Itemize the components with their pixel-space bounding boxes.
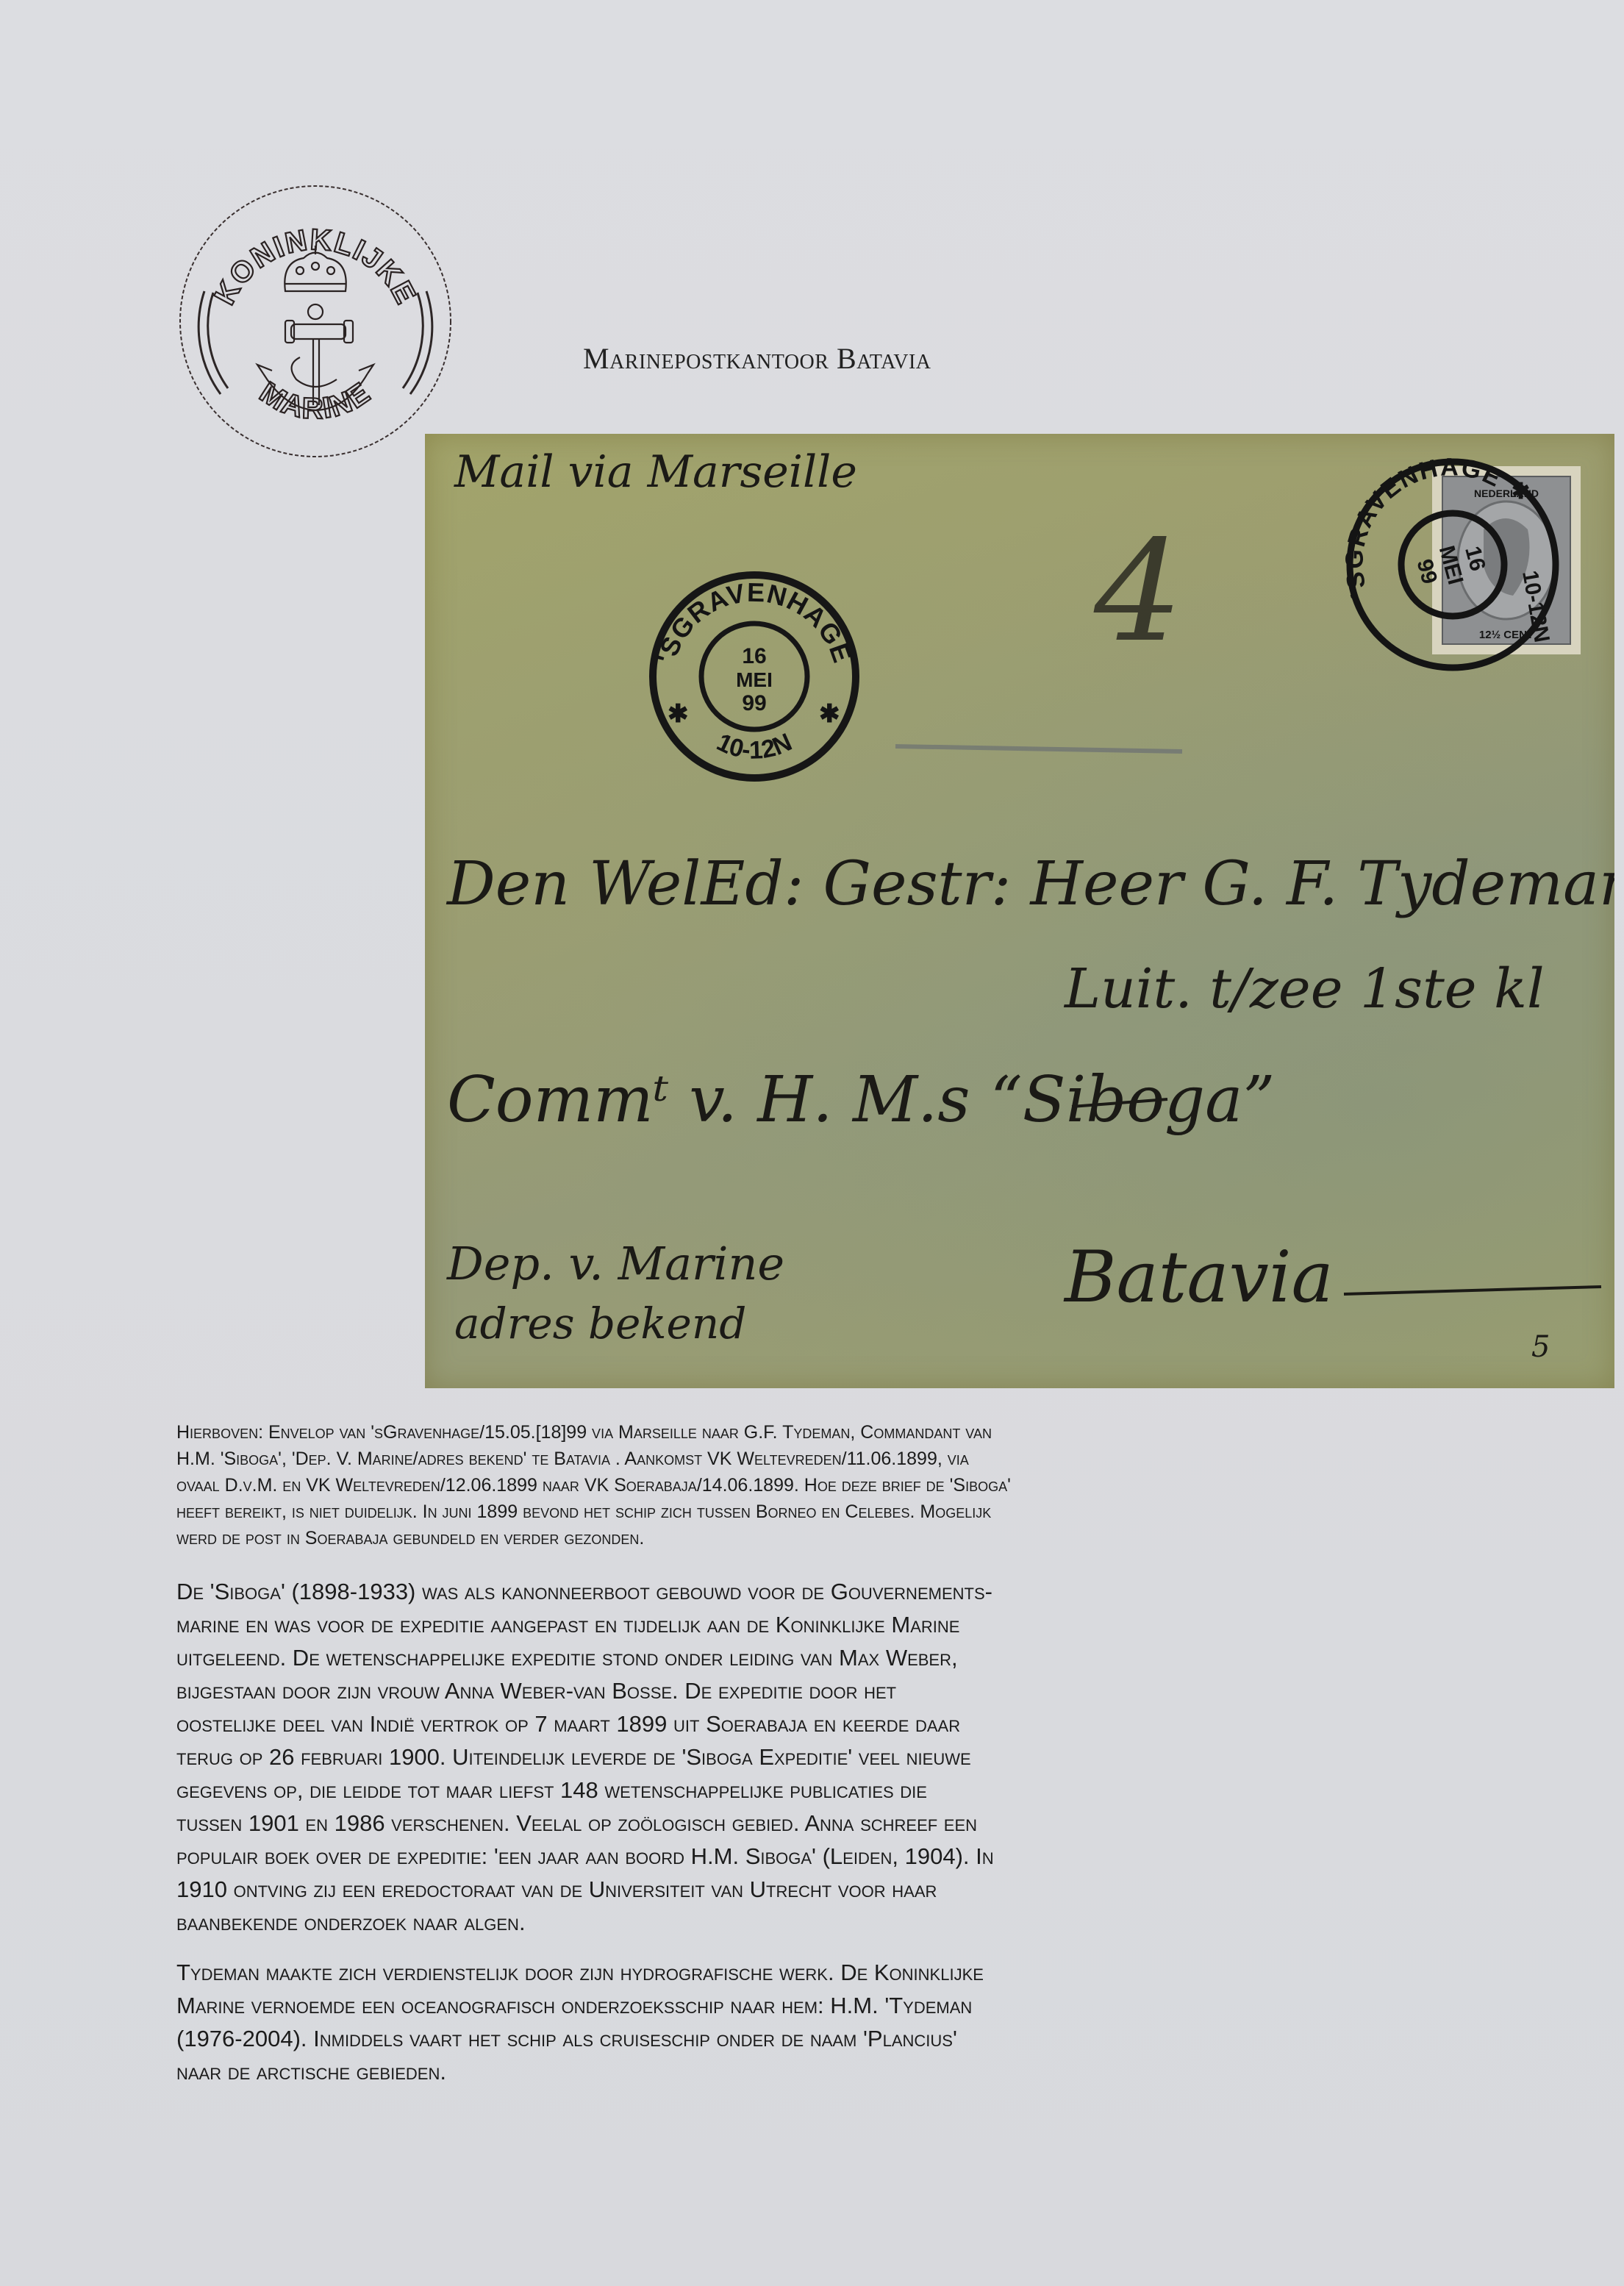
corner-pencil-mark: 5 [1531, 1330, 1550, 1364]
svg-text:10-12N: 10-12N [712, 728, 796, 765]
address-line-4: Batavia [1063, 1236, 1334, 1318]
postmark-left: 'SGRAVENHAGE 10-12N 16 MEI 99 ✱ ✱ [651, 575, 858, 778]
address-line-1: Den WelEd: Gestr: Heer G. F. Tydeman [446, 849, 1614, 919]
envelope-cover: NEDERLAND 12½ CENT 'SGRAVENHAGE 16 MEI 9… [425, 434, 1614, 1388]
siboga-history-paragraph: De 'Siboga' (1898-1933) was als kanonnee… [176, 1575, 1456, 1939]
svg-text:16: 16 [742, 644, 766, 668]
paragraph-line: De 'Siboga' (1898-1933) was als kanonnee… [176, 1575, 1456, 1608]
paragraph-line: Tydeman maakte zich verdienstelijk door … [176, 1956, 1456, 1989]
paragraph-line: gegevens op, die leidde tot maar liefst … [176, 1774, 1456, 1807]
blue-crayon-mark: 4 [1093, 510, 1183, 673]
caption-line: heeft bereikt, is niet duidelijk. In jun… [176, 1499, 1456, 1525]
paragraph-line: uitgeleend. De wetenschappelijke expedit… [176, 1641, 1456, 1674]
paragraph-line: tussen 1901 en 1986 verschenen. Veelal o… [176, 1807, 1456, 1840]
crowned-anchor-icon: KONINKLIJKE MARINE [175, 181, 456, 462]
routing-instruction: Mail via Marseille [454, 446, 857, 498]
caption-line: ovaal D.v.M. en VK Weltevreden/12.06.189… [176, 1472, 1456, 1499]
paragraph-line: populair boek over de expeditie: 'een ja… [176, 1840, 1456, 1873]
koninklijke-marine-seal: KONINKLIJKE MARINE [175, 181, 456, 462]
paragraph-line: naar de arctische gebieden. [176, 2055, 1456, 2088]
paragraph-line: 1910 ontving zij een eredoctoraat van de… [176, 1873, 1456, 1906]
address-line-2: Luit. t/zee 1ste kl [1063, 957, 1545, 1021]
envelope-caption: Hierboven: Envelop van 'sGravenhage/15.0… [176, 1419, 1456, 1551]
paragraph-line: baanbekende onderzoek naar algen. [176, 1906, 1456, 1939]
paragraph-line: terug op 26 februari 1900. Uiteindelijk … [176, 1740, 1456, 1774]
department-note-line-2: adres bekend [454, 1299, 746, 1349]
caption-line: Hierboven: Envelop van 'sGravenhage/15.0… [176, 1419, 1456, 1446]
svg-text:99: 99 [742, 691, 766, 715]
page-title: Marinepostkantoor Batavia [583, 341, 931, 376]
paragraph-line: Marine vernoemde een oceanografisch onde… [176, 1989, 1456, 2022]
svg-text:MEI: MEI [736, 668, 773, 691]
svg-text:MARINE: MARINE [254, 376, 377, 425]
caption-line: werd de post in Soerabaja gebundeld en v… [176, 1525, 1456, 1551]
svg-text:✱: ✱ [1512, 479, 1530, 504]
paragraph-line: marine en was voor de expeditie aangepas… [176, 1608, 1456, 1641]
department-note-line-1: Dep. v. Marine [446, 1237, 784, 1290]
paragraph-line: oostelijke deel van Indië vertrok op 7 m… [176, 1707, 1456, 1740]
caption-line: H.M. 'Siboga', 'Dep. V. Marine/adres bek… [176, 1446, 1456, 1472]
tydeman-paragraph: Tydeman maakte zich verdienstelijk door … [176, 1956, 1456, 2088]
svg-text:✱: ✱ [819, 700, 840, 728]
svg-text:KONINKLIJKE: KONINKLIJKE [208, 224, 422, 310]
svg-text:✱: ✱ [668, 700, 689, 728]
envelope-artwork: NEDERLAND 12½ CENT 'SGRAVENHAGE 16 MEI 9… [425, 434, 1614, 1388]
paragraph-line: bijgestaan door zijn vrouw Anna Weber-va… [176, 1674, 1456, 1707]
paragraph-line: (1976-2004). Inmiddels vaart het schip a… [176, 2022, 1456, 2055]
